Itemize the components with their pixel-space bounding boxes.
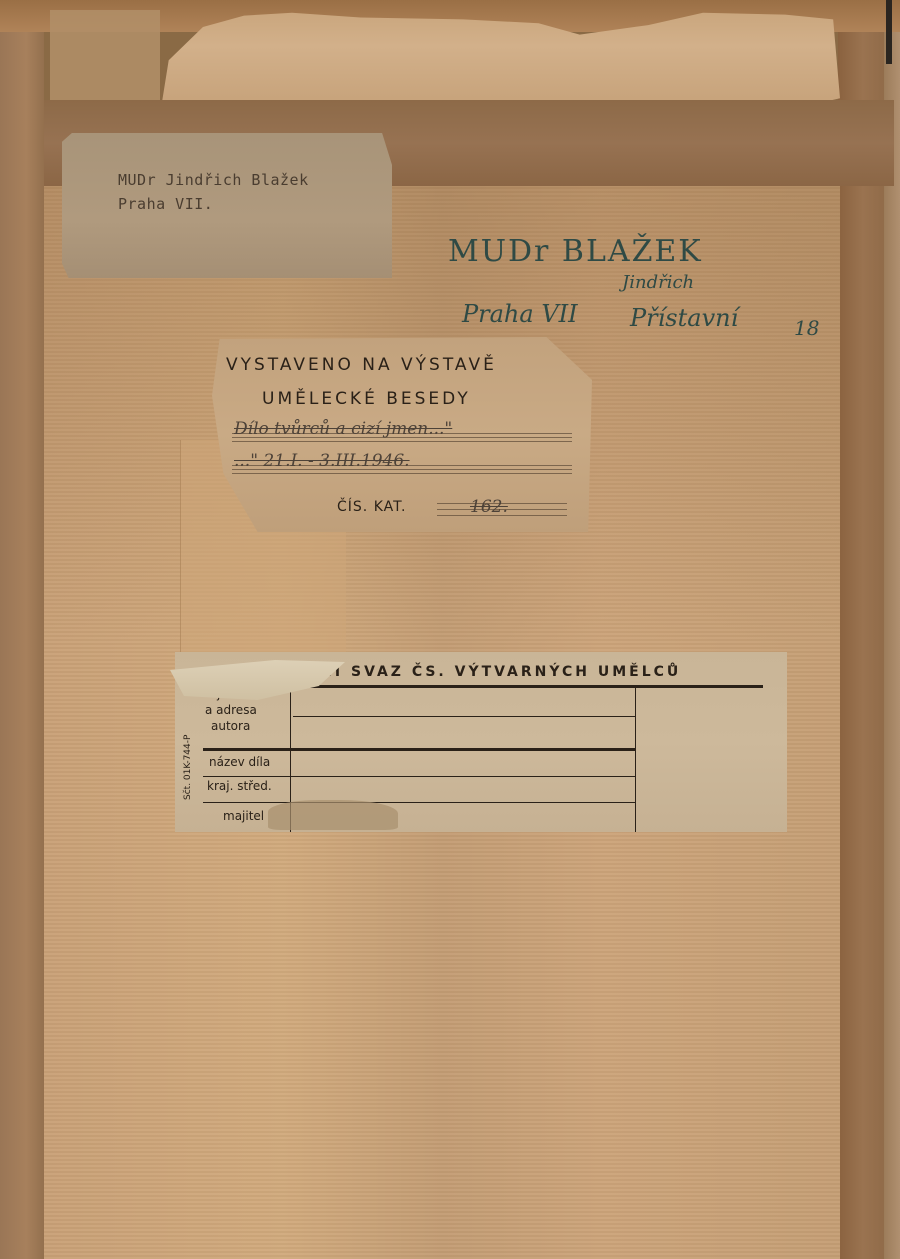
exhibition-heading-2: UMĚLECKÉ BESEDY [262, 389, 471, 409]
typed-owner-name: MUDr Jindřich Blažek [118, 171, 309, 189]
handwritten-street: Přístavní [630, 304, 738, 332]
frame-outer-edge [884, 0, 900, 1259]
torn-paper-strip [155, 8, 840, 103]
exhibition-handwritten-1: Dílo tvůrců a cizí jmen..." [234, 419, 452, 439]
union-heading: EDNÍ SVAZ ČS. VÝTVARNÝCH UMĚLCŮ [293, 664, 681, 680]
handwritten-number: 18 [794, 316, 819, 340]
catalog-number-label: ČÍS. KAT. [337, 499, 406, 515]
typed-owner-city: Praha VII. [118, 195, 213, 213]
handwritten-first-name: Jindřich [622, 272, 694, 293]
exhibition-handwritten-2: ..." 21.I. - 3.III.1946. [234, 451, 410, 471]
field-region-label: kraj. střed. [207, 779, 272, 793]
catalog-number: 162. [470, 497, 508, 517]
exhibition-heading-1: VYSTAVENO NA VÝSTAVĚ [226, 355, 497, 375]
hanging-pin [886, 0, 892, 64]
form-code: Sčt. 01K-744-P [183, 735, 193, 800]
handwritten-city: Praha VII [462, 300, 578, 328]
torn-paper-left [50, 10, 160, 100]
field-title-label: název díla [209, 755, 270, 769]
field-author-label-2: a adresa [205, 703, 257, 717]
field-owner-label: majitel [223, 809, 264, 823]
exhibition-label: VYSTAVENO NA VÝSTAVĚ UMĚLECKÉ BESEDY Díl… [212, 337, 592, 532]
typed-owner-label: MUDr Jindřich Blažek Praha VII. [62, 133, 392, 278]
glue-stain [268, 800, 398, 830]
field-author-label-3: autora [211, 719, 250, 733]
handwritten-name: MUDr BLAŽEK [448, 234, 703, 269]
frame-left-edge [0, 0, 44, 1259]
